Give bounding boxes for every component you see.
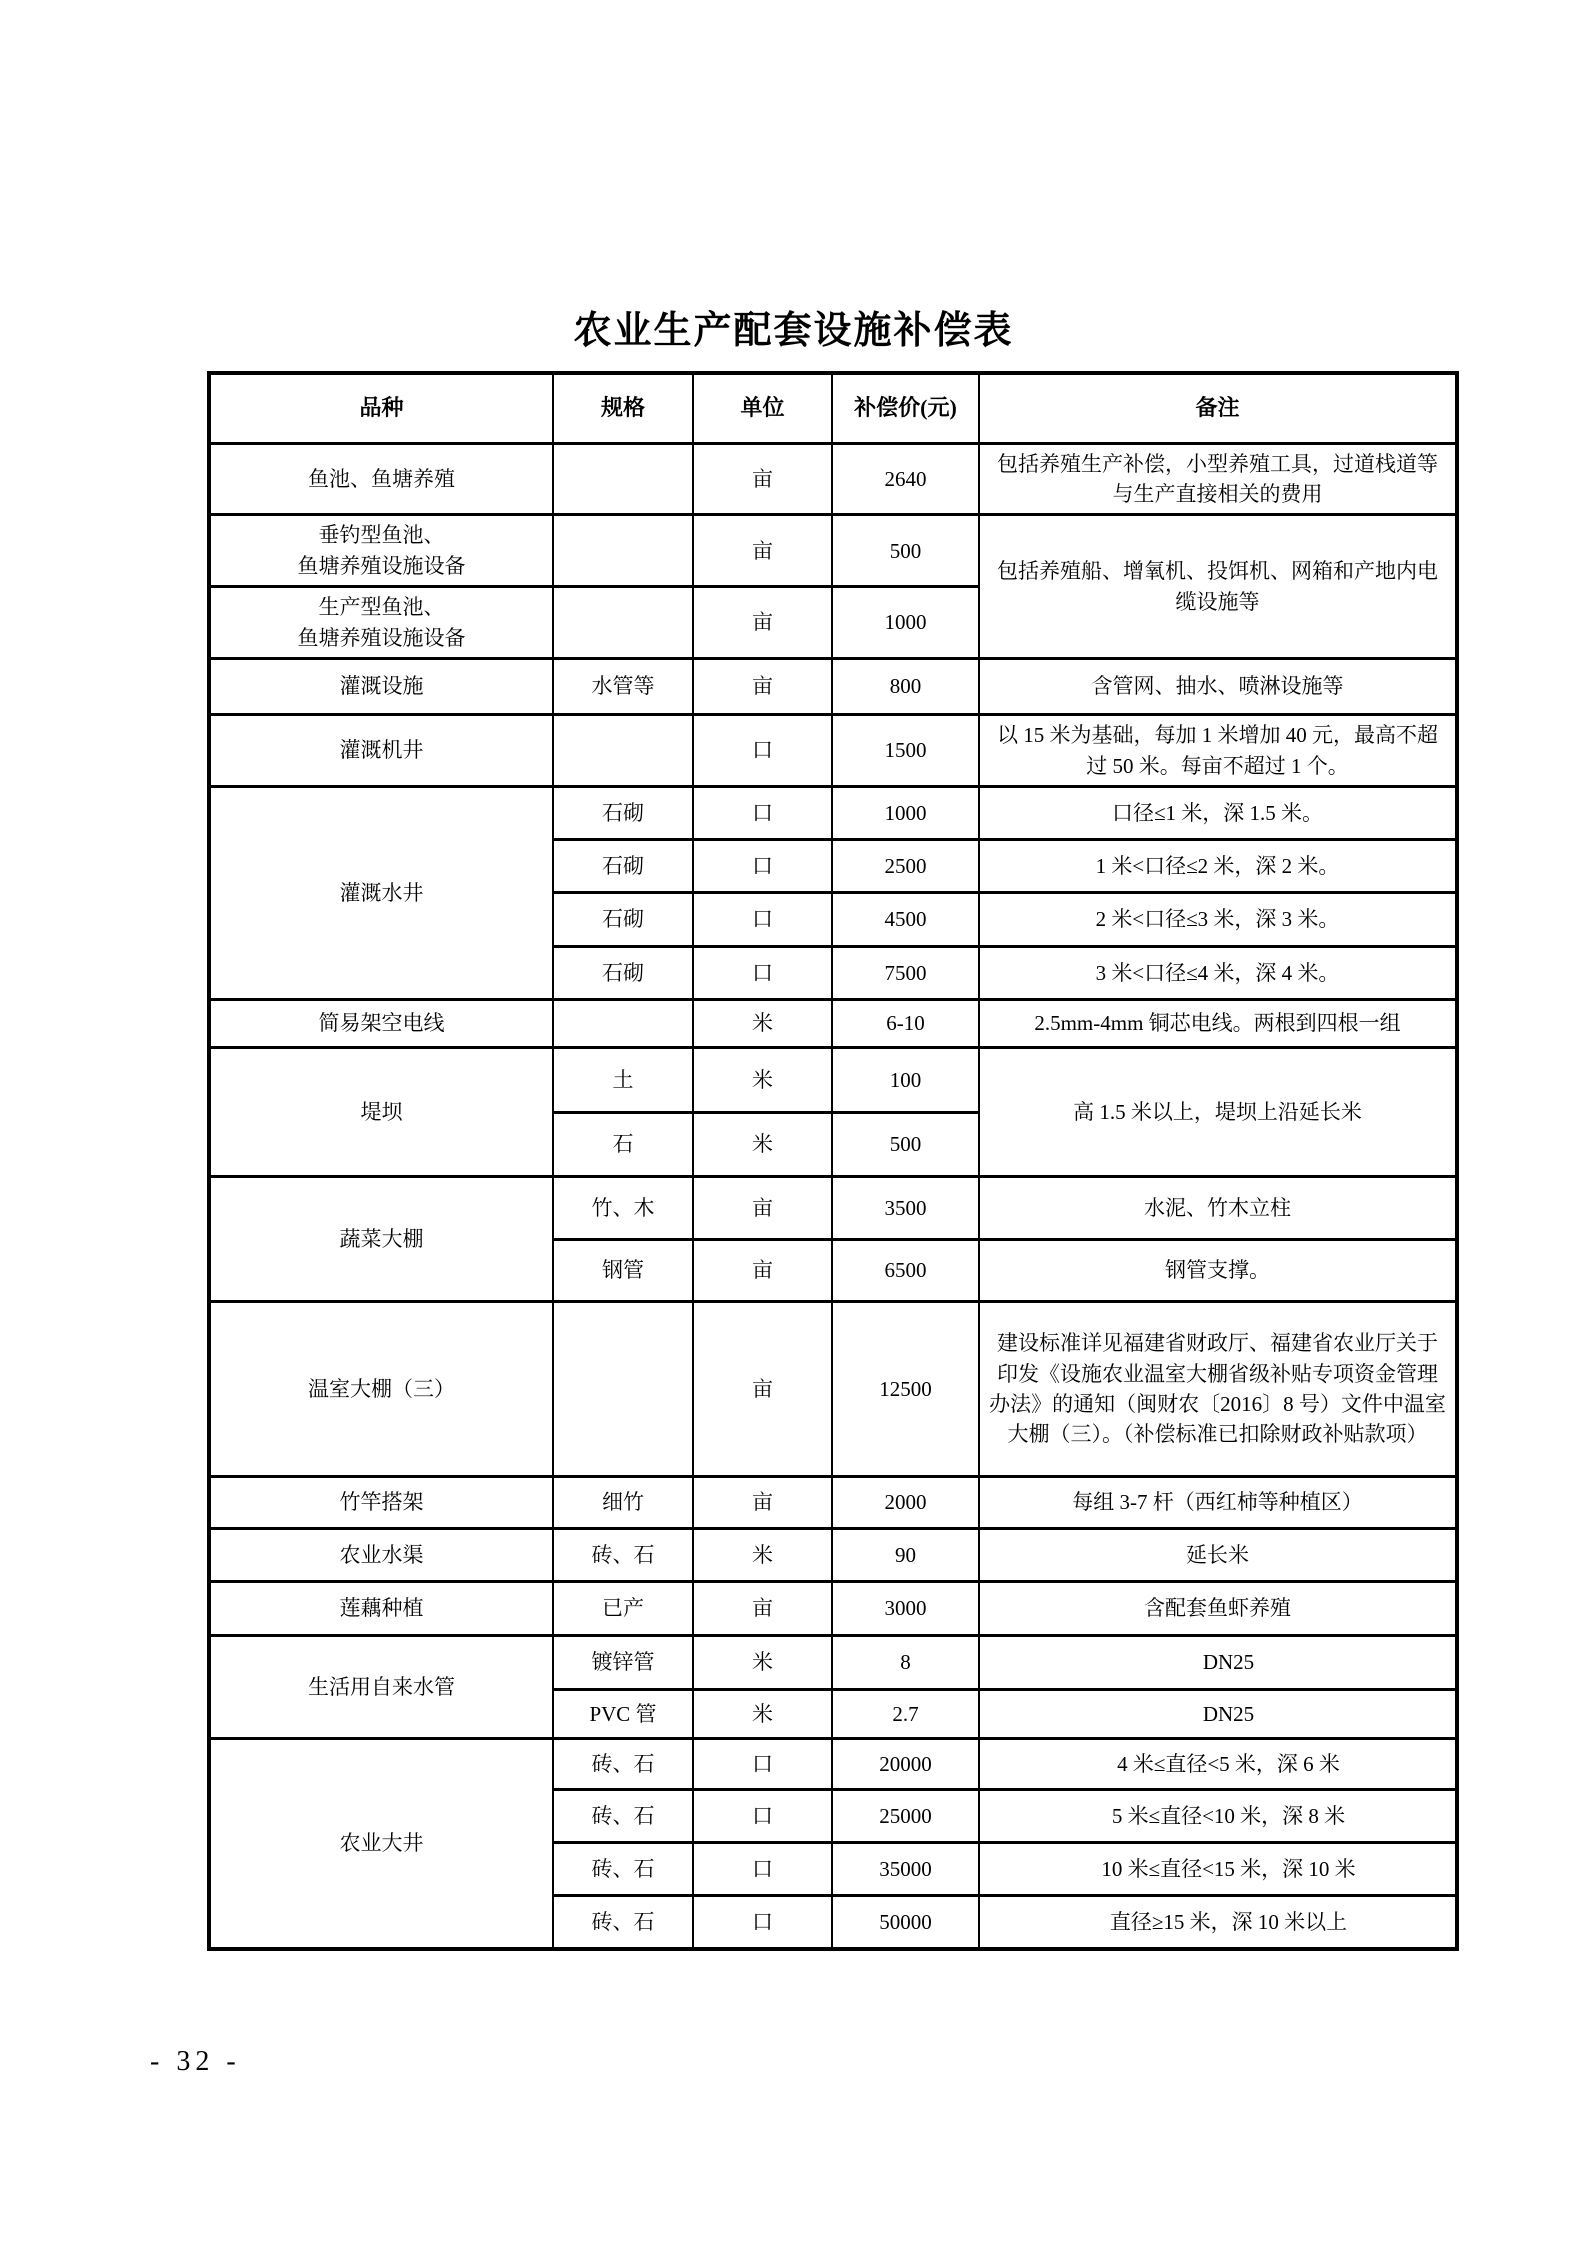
- note-cell: 2 米<口径≤3 米，深 3 米。: [979, 893, 1457, 947]
- item-name-cell: 温室大棚（三）: [209, 1302, 553, 1477]
- spec-cell: 砖、石: [553, 1843, 693, 1896]
- spec-cell: 石: [553, 1113, 693, 1177]
- note-cell: 10 米≤直径<15 米，深 10 米: [979, 1843, 1457, 1896]
- spec-cell: 石砌: [553, 893, 693, 947]
- table-row: 生活用自来水管 镀锌管 米 8 DN25: [209, 1636, 1457, 1690]
- unit-cell: 口: [693, 893, 832, 947]
- price-cell: 2000: [832, 1477, 979, 1529]
- col-header-unit: 单位: [693, 373, 832, 443]
- note-cell: 包括养殖生产补偿，小型养殖工具，过道栈道等与生产直接相关的费用: [979, 443, 1457, 515]
- price-cell: 90: [832, 1529, 979, 1582]
- spec-cell: 砖、石: [553, 1529, 693, 1582]
- price-cell: 500: [832, 1113, 979, 1177]
- note-cell: 高 1.5 米以上，堤坝上沿延长米: [979, 1048, 1457, 1177]
- spec-cell: [553, 515, 693, 587]
- unit-cell: 口: [693, 1896, 832, 1949]
- table-row: 竹竿搭架 细竹 亩 2000 每组 3-7 杆（西红柿等种植区）: [209, 1477, 1457, 1529]
- price-cell: 35000: [832, 1843, 979, 1896]
- price-cell: 50000: [832, 1896, 979, 1949]
- unit-cell: 米: [693, 1048, 832, 1113]
- item-name-cell: 灌溉设施: [209, 659, 553, 715]
- unit-cell: 亩: [693, 1177, 832, 1240]
- item-name-cell: 简易架空电线: [209, 1000, 553, 1048]
- spec-cell: 土: [553, 1048, 693, 1113]
- unit-cell: 口: [693, 715, 832, 787]
- spec-cell: 水管等: [553, 659, 693, 715]
- note-cell: DN25: [979, 1636, 1457, 1690]
- table-row: 灌溉机井 口 1500 以 15 米为基础，每加 1 米增加 40 元，最高不超…: [209, 715, 1457, 787]
- table-row: 农业水渠 砖、石 米 90 延长米: [209, 1529, 1457, 1582]
- price-cell: 4500: [832, 893, 979, 947]
- item-name-cell: 生活用自来水管: [209, 1636, 553, 1739]
- unit-cell: 口: [693, 1790, 832, 1843]
- col-header-note: 备注: [979, 373, 1457, 443]
- item-name-cell: 莲藕种植: [209, 1582, 553, 1636]
- item-name-cell: 灌溉水井: [209, 787, 553, 1000]
- note-cell: 水泥、竹木立柱: [979, 1177, 1457, 1240]
- spec-cell: [553, 715, 693, 787]
- price-cell: 3000: [832, 1582, 979, 1636]
- spec-cell: 石砌: [553, 947, 693, 1000]
- price-cell: 500: [832, 515, 979, 587]
- unit-cell: 亩: [693, 1477, 832, 1529]
- note-cell: DN25: [979, 1690, 1457, 1739]
- price-cell: 100: [832, 1048, 979, 1113]
- note-cell: 直径≥15 米，深 10 米以上: [979, 1896, 1457, 1949]
- price-cell: 1000: [832, 587, 979, 659]
- item-name-cell: 鱼池、鱼塘养殖: [209, 443, 553, 515]
- page-title: 农业生产配套设施补偿表: [0, 299, 1587, 354]
- table-row: 灌溉水井 石砌 口 1000 口径≤1 米，深 1.5 米。: [209, 787, 1457, 840]
- table-row: 农业大井 砖、石 口 20000 4 米≤直径<5 米，深 6 米: [209, 1739, 1457, 1790]
- note-cell: 包括养殖船、增氧机、投饵机、网箱和产地内电缆设施等: [979, 515, 1457, 659]
- unit-cell: 米: [693, 1000, 832, 1048]
- note-cell: 2.5mm-4mm 铜芯电线。两根到四根一组: [979, 1000, 1457, 1048]
- table-header-row: 品种 规格 单位 补偿价(元) 备注: [209, 373, 1457, 443]
- price-cell: 12500: [832, 1302, 979, 1477]
- spec-cell: 石砌: [553, 787, 693, 840]
- unit-cell: 亩: [693, 587, 832, 659]
- unit-cell: 亩: [693, 659, 832, 715]
- item-name-cell: 灌溉机井: [209, 715, 553, 787]
- item-name-cell: 农业大井: [209, 1739, 553, 1949]
- item-name-cell: 堤坝: [209, 1048, 553, 1177]
- note-cell: 口径≤1 米，深 1.5 米。: [979, 787, 1457, 840]
- spec-cell: 砖、石: [553, 1790, 693, 1843]
- table-row: 鱼池、鱼塘养殖 亩 2640 包括养殖生产补偿，小型养殖工具，过道栈道等与生产直…: [209, 443, 1457, 515]
- table-row: 温室大棚（三） 亩 12500 建设标准详见福建省财政厅、福建省农业厅关于印发《…: [209, 1302, 1457, 1477]
- table-row: 灌溉设施 水管等 亩 800 含管网、抽水、喷淋设施等: [209, 659, 1457, 715]
- spec-cell: 砖、石: [553, 1896, 693, 1949]
- unit-cell: 口: [693, 1739, 832, 1790]
- note-cell: 5 米≤直径<10 米，深 8 米: [979, 1790, 1457, 1843]
- price-cell: 20000: [832, 1739, 979, 1790]
- unit-cell: 亩: [693, 1582, 832, 1636]
- unit-cell: 亩: [693, 515, 832, 587]
- spec-cell: 镀锌管: [553, 1636, 693, 1690]
- price-cell: 1000: [832, 787, 979, 840]
- note-cell: 每组 3-7 杆（西红柿等种植区）: [979, 1477, 1457, 1529]
- price-cell: 6500: [832, 1240, 979, 1302]
- spec-cell: [553, 587, 693, 659]
- note-cell: 延长米: [979, 1529, 1457, 1582]
- table-row: 蔬菜大棚 竹、木 亩 3500 水泥、竹木立柱: [209, 1177, 1457, 1240]
- price-cell: 7500: [832, 947, 979, 1000]
- table-row: 简易架空电线 米 6-10 2.5mm-4mm 铜芯电线。两根到四根一组: [209, 1000, 1457, 1048]
- spec-cell: 石砌: [553, 840, 693, 893]
- price-cell: 25000: [832, 1790, 979, 1843]
- table-row: 莲藕种植 已产 亩 3000 含配套鱼虾养殖: [209, 1582, 1457, 1636]
- price-cell: 6-10: [832, 1000, 979, 1048]
- item-name-cell: 垂钓型鱼池、 鱼塘养殖设施设备: [209, 515, 553, 587]
- note-cell: 4 米≤直径<5 米，深 6 米: [979, 1739, 1457, 1790]
- item-name-cell: 蔬菜大棚: [209, 1177, 553, 1302]
- spec-cell: [553, 1302, 693, 1477]
- spec-cell: 砖、石: [553, 1739, 693, 1790]
- unit-cell: 口: [693, 1843, 832, 1896]
- note-cell: 钢管支撑。: [979, 1240, 1457, 1302]
- spec-cell: 细竹: [553, 1477, 693, 1529]
- item-name-cell: 农业水渠: [209, 1529, 553, 1582]
- note-cell: 含管网、抽水、喷淋设施等: [979, 659, 1457, 715]
- price-cell: 1500: [832, 715, 979, 787]
- price-cell: 2500: [832, 840, 979, 893]
- price-cell: 2640: [832, 443, 979, 515]
- price-cell: 2.7: [832, 1690, 979, 1739]
- compensation-table: 品种 规格 单位 补偿价(元) 备注 鱼池、鱼塘养殖 亩 2640 包括养殖生产…: [207, 371, 1459, 1951]
- col-header-price: 补偿价(元): [832, 373, 979, 443]
- table-row: 堤坝 土 米 100 高 1.5 米以上，堤坝上沿延长米: [209, 1048, 1457, 1113]
- note-cell: 1 米<口径≤2 米，深 2 米。: [979, 840, 1457, 893]
- note-cell: 建设标准详见福建省财政厅、福建省农业厅关于印发《设施农业温室大棚省级补贴专项资金…: [979, 1302, 1457, 1477]
- unit-cell: 米: [693, 1690, 832, 1739]
- price-cell: 800: [832, 659, 979, 715]
- spec-cell: 竹、木: [553, 1177, 693, 1240]
- note-cell: 以 15 米为基础，每加 1 米增加 40 元，最高不超过 50 米。每亩不超过…: [979, 715, 1457, 787]
- document-page: 农业生产配套设施补偿表 品种 规格 单位 补偿价(元) 备注 鱼池、鱼塘养殖 亩…: [0, 0, 1587, 2245]
- spec-cell: 已产: [553, 1582, 693, 1636]
- unit-cell: 亩: [693, 443, 832, 515]
- col-header-spec: 规格: [553, 373, 693, 443]
- unit-cell: 米: [693, 1529, 832, 1582]
- unit-cell: 米: [693, 1113, 832, 1177]
- page-number: - 32 -: [150, 2046, 241, 2078]
- note-cell: 3 米<口径≤4 米，深 4 米。: [979, 947, 1457, 1000]
- item-name-cell: 竹竿搭架: [209, 1477, 553, 1529]
- col-header-variety: 品种: [209, 373, 553, 443]
- unit-cell: 亩: [693, 1302, 832, 1477]
- spec-cell: [553, 443, 693, 515]
- spec-cell: 钢管: [553, 1240, 693, 1302]
- price-cell: 3500: [832, 1177, 979, 1240]
- unit-cell: 亩: [693, 1240, 832, 1302]
- unit-cell: 口: [693, 787, 832, 840]
- note-cell: 含配套鱼虾养殖: [979, 1582, 1457, 1636]
- item-name-cell: 生产型鱼池、 鱼塘养殖设施设备: [209, 587, 553, 659]
- table-row: 垂钓型鱼池、 鱼塘养殖设施设备 亩 500 包括养殖船、增氧机、投饵机、网箱和产…: [209, 515, 1457, 587]
- unit-cell: 米: [693, 1636, 832, 1690]
- spec-cell: [553, 1000, 693, 1048]
- unit-cell: 口: [693, 947, 832, 1000]
- spec-cell: PVC 管: [553, 1690, 693, 1739]
- price-cell: 8: [832, 1636, 979, 1690]
- unit-cell: 口: [693, 840, 832, 893]
